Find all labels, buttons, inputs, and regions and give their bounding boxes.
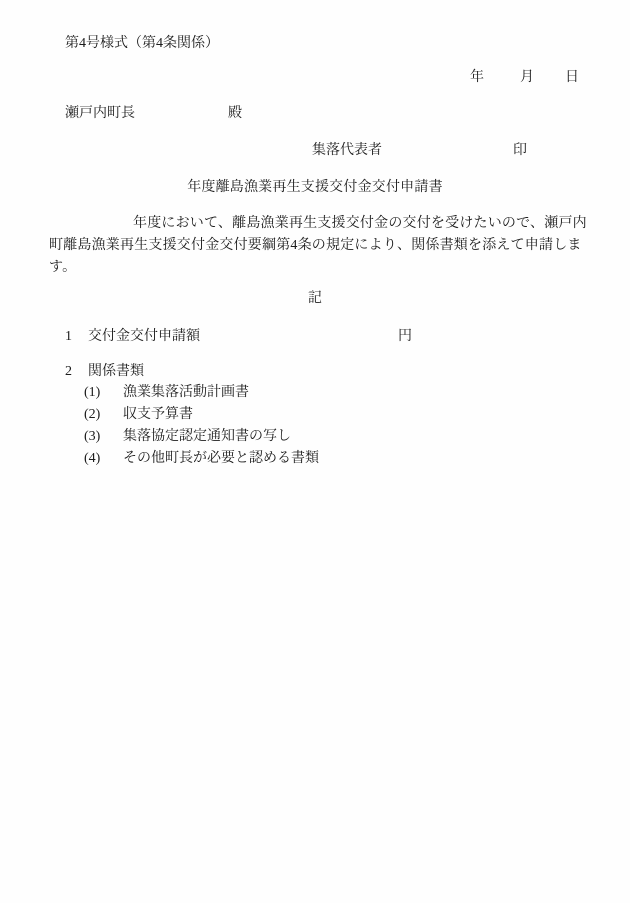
body-line-1: 年度において、離島漁業再生支援交付金の交付を受けたいので、瀬戸内 <box>49 213 586 235</box>
attachment-1-label: 漁業集落活動計画書 <box>123 385 249 401</box>
date-year-label: 年 <box>470 70 484 86</box>
section-1-label: 交付金交付申請額 <box>88 329 200 345</box>
attachment-2-label: 収支予算書 <box>123 407 193 423</box>
section-2-number: 2 <box>65 364 72 380</box>
section-1-number: 1 <box>65 329 72 345</box>
date-month-label: 月 <box>520 70 534 86</box>
section-2-label: 関係書類 <box>88 364 144 380</box>
attachment-4-label: その他町長が必要と認める書類 <box>123 451 319 467</box>
attachment-1-number: (1) <box>84 385 100 401</box>
body-line-3: す。 <box>49 257 586 279</box>
attachment-3-number: (3) <box>84 429 100 445</box>
document-title: 年度離島漁業再生支援交付金交付申請書 <box>0 180 630 196</box>
date-day-label: 日 <box>565 70 579 86</box>
addressee-name: 瀬戸内町長 <box>65 106 135 122</box>
attachment-4-number: (4) <box>84 451 100 467</box>
attachment-2-number: (2) <box>84 407 100 423</box>
attachment-3-label: 集落協定認定通知書の写し <box>123 429 291 445</box>
application-form-page: 第4号様式（第4条関係） 年 月 日 瀬戸内町長 殿 集落代表者 印 年度離島漁… <box>0 0 630 903</box>
section-1-unit-yen: 円 <box>398 329 412 345</box>
body-line-2: 町離島漁業再生支援交付金交付要綱第4条の規定により、関係書類を添えて申請しま <box>49 235 586 257</box>
representative-label: 集落代表者 <box>312 143 382 159</box>
body-paragraph: 年度において、離島漁業再生支援交付金の交付を受けたいので、瀬戸内 町離島漁業再生… <box>49 213 586 279</box>
form-number: 第4号様式（第4条関係） <box>65 36 219 52</box>
seal-mark: 印 <box>513 143 527 159</box>
record-marker: 記 <box>0 291 630 307</box>
addressee-honorific: 殿 <box>228 106 242 122</box>
